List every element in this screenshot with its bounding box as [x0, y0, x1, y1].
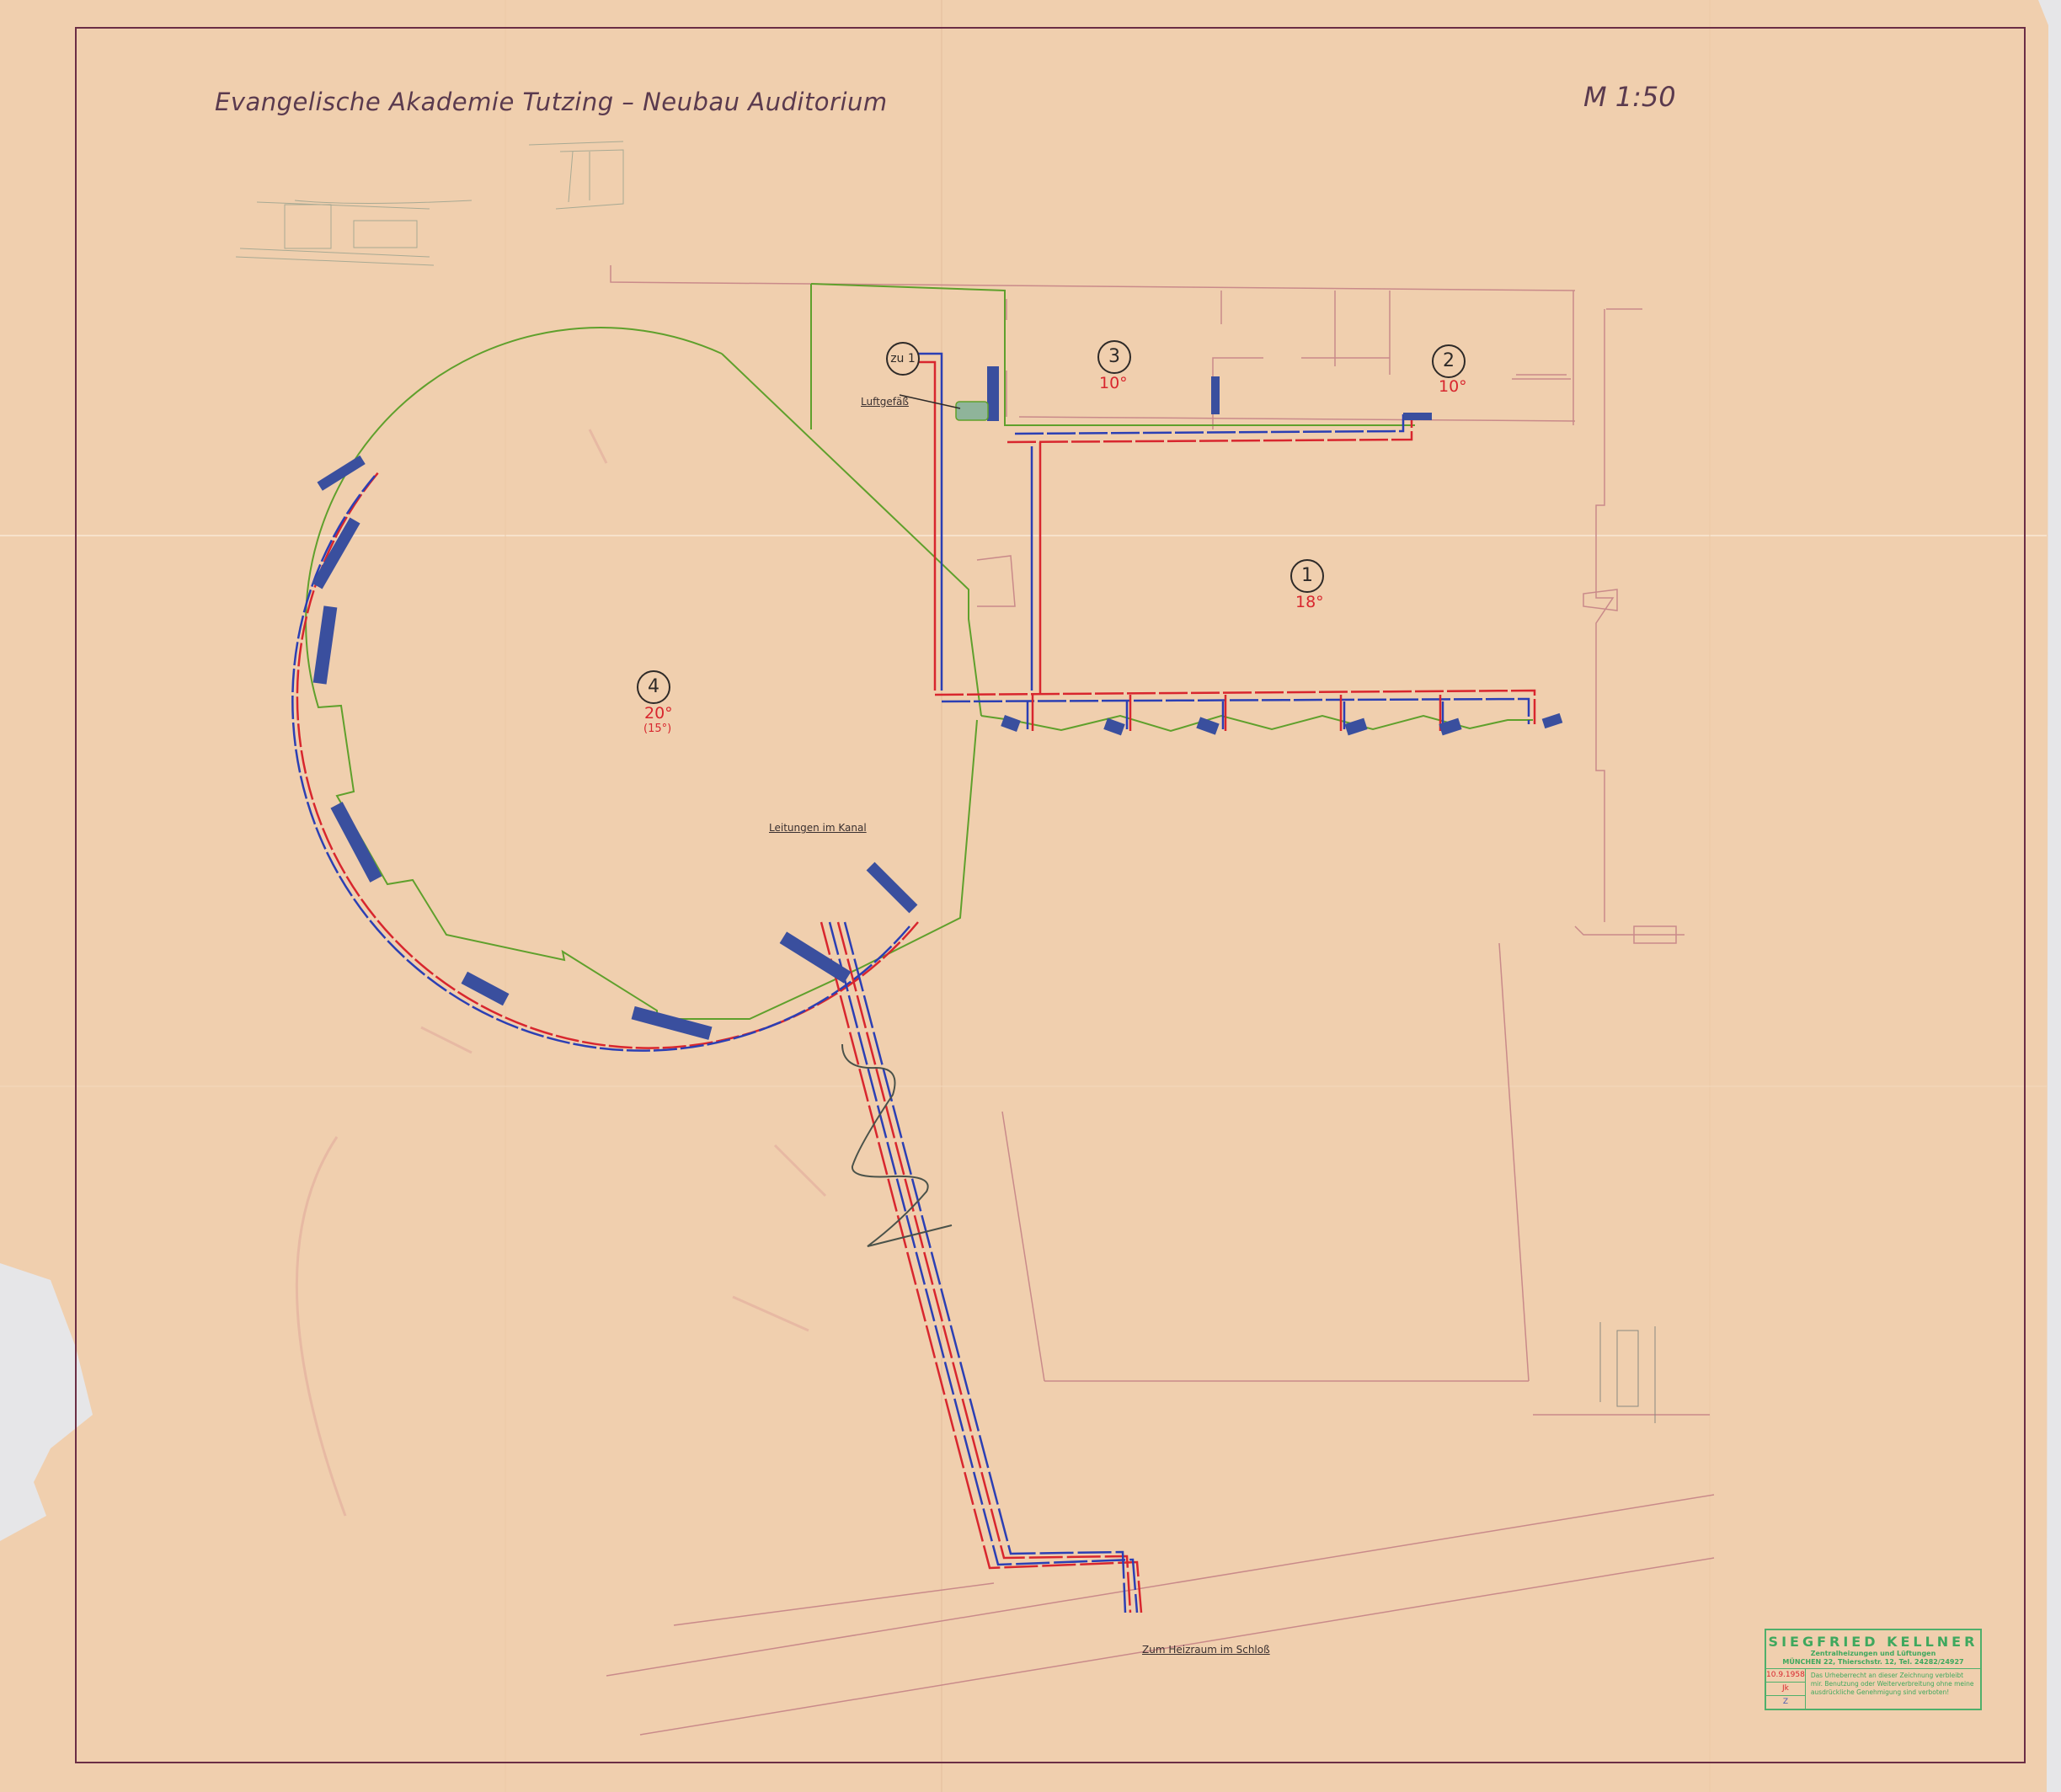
- room-temp-3: 10°: [1099, 374, 1128, 392]
- stamp-initial-2: Z: [1766, 1696, 1805, 1709]
- radiator: [1403, 413, 1432, 420]
- stamp-business: Zentralheizungen und Lüftungen: [1766, 1650, 1980, 1658]
- stamp-firm: SIEGFRIED KELLNER: [1766, 1630, 1980, 1650]
- floor-plan: [0, 0, 2061, 1792]
- room-temp-1: 18°: [1295, 593, 1324, 611]
- room-marker-4: 4: [637, 670, 670, 704]
- room-marker-3: 3: [1097, 340, 1131, 374]
- room-marker-zu1: zu 1: [886, 342, 920, 376]
- air-vessel-label: Luftgefäß: [861, 396, 909, 408]
- firm-stamp: SIEGFRIED KELLNER Zentralheizungen und L…: [1765, 1629, 1982, 1710]
- air-vessel-icon: [956, 402, 988, 420]
- drawing-title: Evangelische Akademie Tutzing – Neubau A…: [215, 88, 888, 116]
- radiator: [1211, 376, 1220, 414]
- to-boiler-room-label: Zum Heizraum im Schloß: [1142, 1644, 1270, 1656]
- room-marker-1: 1: [1290, 559, 1324, 593]
- room-temp-4-alt: (15°): [643, 723, 671, 735]
- stamp-copyright: Das Urheberrecht an dieser Zeichnung ver…: [1806, 1669, 1980, 1709]
- stamp-address: MÜNCHEN 22, Thierschstr. 12, Tel. 24282/…: [1766, 1658, 1980, 1667]
- radiator: [987, 366, 999, 421]
- room-temp-4: 20°: [644, 704, 673, 723]
- stamp-date: 10.9.1958: [1766, 1669, 1805, 1683]
- paper: [0, 0, 2048, 1792]
- scale-label: M 1:50: [1583, 81, 1676, 113]
- drawing-sheet: [0, 0, 2061, 1792]
- stamp-initial-1: Jk: [1766, 1683, 1805, 1696]
- room-marker-2: 2: [1432, 344, 1466, 378]
- pipes-in-duct-label: Leitungen im Kanal: [769, 822, 867, 834]
- room-temp-2: 10°: [1439, 377, 1467, 396]
